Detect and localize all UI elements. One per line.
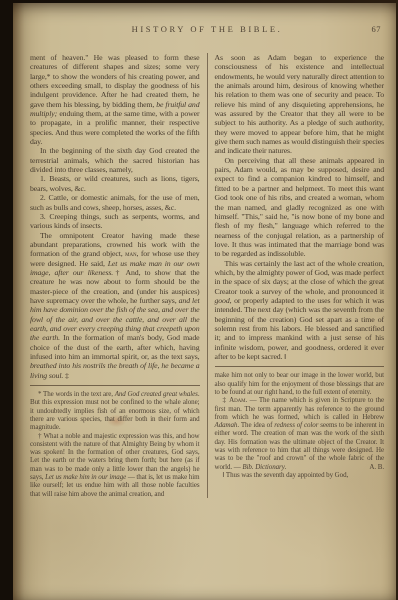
footnote: ‖ Thus was the seventh day appointed by … <box>215 471 385 479</box>
text-segment: 1. Beasts, or wild creatures, such as li… <box>30 174 200 192</box>
footnote: ‡ Adam. — The name which is given in Scr… <box>215 396 385 471</box>
paragraph: On perceiving that all these animals app… <box>215 156 385 259</box>
text-segment: good <box>215 296 230 305</box>
page-title: HISTORY OF THE BIBLE. <box>132 24 283 34</box>
text-segment: Let us make him in our image <box>45 473 126 481</box>
text-columns: ment of heaven." He was pleased to form … <box>30 53 384 498</box>
text-segment: breathed into his nostrils the breath of… <box>30 361 200 379</box>
text-segment: Bib. Dictionary <box>242 463 284 471</box>
text-segment: And God created great whales <box>115 390 198 398</box>
footnote-divider <box>215 366 385 367</box>
footnote: make him not only to bear our image in t… <box>215 371 385 396</box>
paragraph: The omnipotent Creator having made these… <box>30 231 200 381</box>
text-segment: ‡ <box>63 371 69 380</box>
text-segment: Adamah <box>215 421 238 429</box>
book-scan: HISTORY OF THE BIBLE. 67 ment of heaven.… <box>0 0 398 600</box>
paragraph: In the beginning of the sixth day God cr… <box>30 146 200 174</box>
text-segment: * The words in the text are, <box>38 390 115 398</box>
footnote: † What a noble and majestic expression w… <box>30 432 200 498</box>
list-item: 2. Cattle, or domestic animals, for the … <box>30 193 200 212</box>
text-segment: . The idea of <box>237 421 274 429</box>
text-segment: Adam <box>229 396 245 404</box>
text-segment: In the beginning of the sixth day God cr… <box>30 146 200 174</box>
left-column: ment of heaven." He was pleased to form … <box>30 53 207 498</box>
text-segment: seems to be inherent in either word. The… <box>215 421 385 470</box>
text-segment: , or properly adapted to the uses for wh… <box>215 296 385 361</box>
text-segment: This was certainly the last act of the w… <box>215 259 385 296</box>
running-header: HISTORY OF THE BIBLE. 67 <box>30 24 384 34</box>
footnote: * The words in the text are, And God cre… <box>30 390 200 431</box>
list-item: 3. Creeping things, such as serpents, wo… <box>30 212 200 231</box>
book-page: HISTORY OF THE BIBLE. 67 ment of heaven.… <box>13 3 396 600</box>
right-column: As soon as Adam began to experience the … <box>207 53 385 498</box>
paragraph: ment of heaven." He was pleased to form … <box>30 53 200 146</box>
text-segment: 2. Cattle, or domestic animals, for the … <box>30 193 200 211</box>
text-segment: As soon as Adam began to experience the … <box>215 53 385 155</box>
page-number: 67 <box>372 24 382 34</box>
text-segment: ‖ Thus was the seventh day appointed by … <box>223 471 349 479</box>
text-segment: On perceiving that all these animals app… <box>215 156 385 258</box>
text-segment: make him not only to bear our image in t… <box>215 371 385 396</box>
paragraph: As soon as Adam began to experience the … <box>215 53 385 156</box>
text-segment: . <box>285 463 287 471</box>
text-segment: redness of color <box>274 421 318 429</box>
footnote-divider <box>30 385 200 386</box>
text-segment: A. B. <box>361 463 384 471</box>
text-segment: man <box>125 249 136 258</box>
text-segment: 3. Creeping things, such as serpents, wo… <box>30 212 200 230</box>
list-item: 1. Beasts, or wild creatures, such as li… <box>30 174 200 193</box>
paragraph: This was certainly the last act of the w… <box>215 259 385 362</box>
